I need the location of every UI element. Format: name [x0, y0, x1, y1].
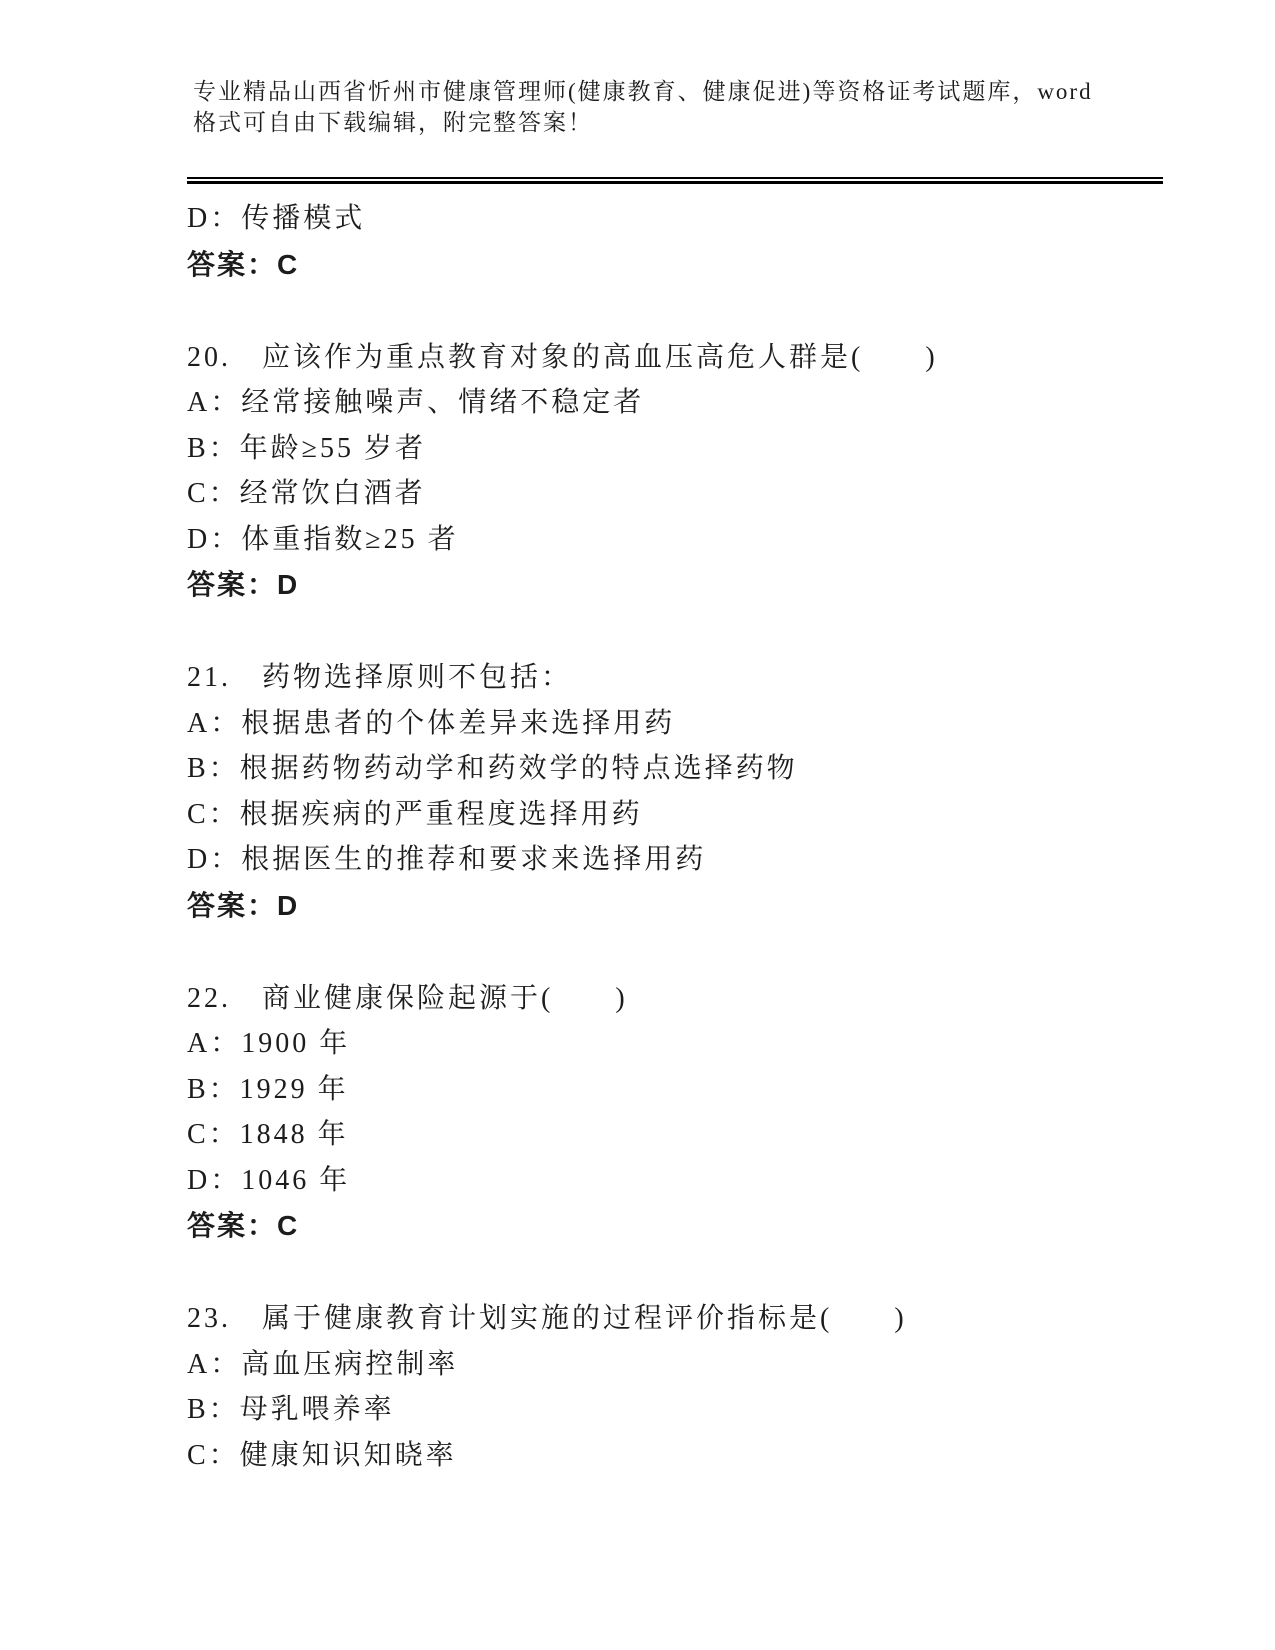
header-line-2: 格式可自由下载编辑，附完整答案！ [193, 107, 1143, 138]
question-20-option-d: D：体重指数≥25 者 [187, 517, 1163, 563]
question-22-option-a: A：1900 年 [187, 1021, 1163, 1067]
question-20: 20. 应该作为重点教育对象的高血压高危人群是( ) A：经常接触噪声、情绪不稳… [187, 335, 1163, 608]
question-21-option-c: C：根据疾病的严重程度选择用药 [187, 792, 1163, 838]
question-21-stem: 21. 药物选择原则不包括： [187, 655, 1163, 701]
question-23-stem: 23. 属于健康教育计划实施的过程评价指标是( ) [187, 1296, 1163, 1342]
question-20-option-a: A：经常接触噪声、情绪不稳定者 [187, 380, 1163, 426]
question-23-option-b: B：母乳喂养率 [187, 1387, 1163, 1433]
question-22-option-c: C：1848 年 [187, 1112, 1163, 1158]
question-22-stem: 22. 商业健康保险起源于( ) [187, 976, 1163, 1022]
question-21-option-d: D：根据医生的推荐和要求来选择用药 [187, 837, 1163, 883]
question-20-option-c: C：经常饮白酒者 [187, 471, 1163, 517]
page-header: 专业精品山西省忻州市健康管理师(健康教育、健康促进)等资格证考试题库，word … [193, 76, 1143, 138]
question-21: 21. 药物选择原则不包括： A：根据患者的个体差异来选择用药 B：根据药物药动… [187, 655, 1163, 928]
question-19-option-d: D：传播模式 [187, 196, 1163, 242]
question-21-answer: 答案：D [187, 883, 1163, 929]
question-22: 22. 商业健康保险起源于( ) A：1900 年 B：1929 年 C：184… [187, 976, 1163, 1249]
question-21-option-b: B：根据药物药动学和药效学的特点选择药物 [187, 746, 1163, 792]
question-19-answer: 答案：C [187, 242, 1163, 288]
question-21-option-a: A：根据患者的个体差异来选择用药 [187, 701, 1163, 747]
question-23-option-c: C：健康知识知晓率 [187, 1433, 1163, 1479]
document-body: D：传播模式 答案：C 20. 应该作为重点教育对象的高血压高危人群是( ) A… [187, 196, 1163, 1478]
document-page: 专业精品山西省忻州市健康管理师(健康教育、健康促进)等资格证考试题库，word … [0, 0, 1275, 1650]
header-line-1: 专业精品山西省忻州市健康管理师(健康教育、健康促进)等资格证考试题库，word [193, 76, 1143, 107]
header-divider-double-line [187, 177, 1163, 184]
question-22-option-d: D：1046 年 [187, 1158, 1163, 1204]
question-22-answer: 答案：C [187, 1203, 1163, 1249]
question-23-option-a: A：高血压病控制率 [187, 1342, 1163, 1388]
question-20-stem: 20. 应该作为重点教育对象的高血压高危人群是( ) [187, 335, 1163, 381]
question-20-answer: 答案：D [187, 562, 1163, 608]
question-19-continuation: D：传播模式 答案：C [187, 196, 1163, 287]
question-20-option-b: B：年龄≥55 岁者 [187, 426, 1163, 472]
question-23: 23. 属于健康教育计划实施的过程评价指标是( ) A：高血压病控制率 B：母乳… [187, 1296, 1163, 1478]
question-22-option-b: B：1929 年 [187, 1067, 1163, 1113]
